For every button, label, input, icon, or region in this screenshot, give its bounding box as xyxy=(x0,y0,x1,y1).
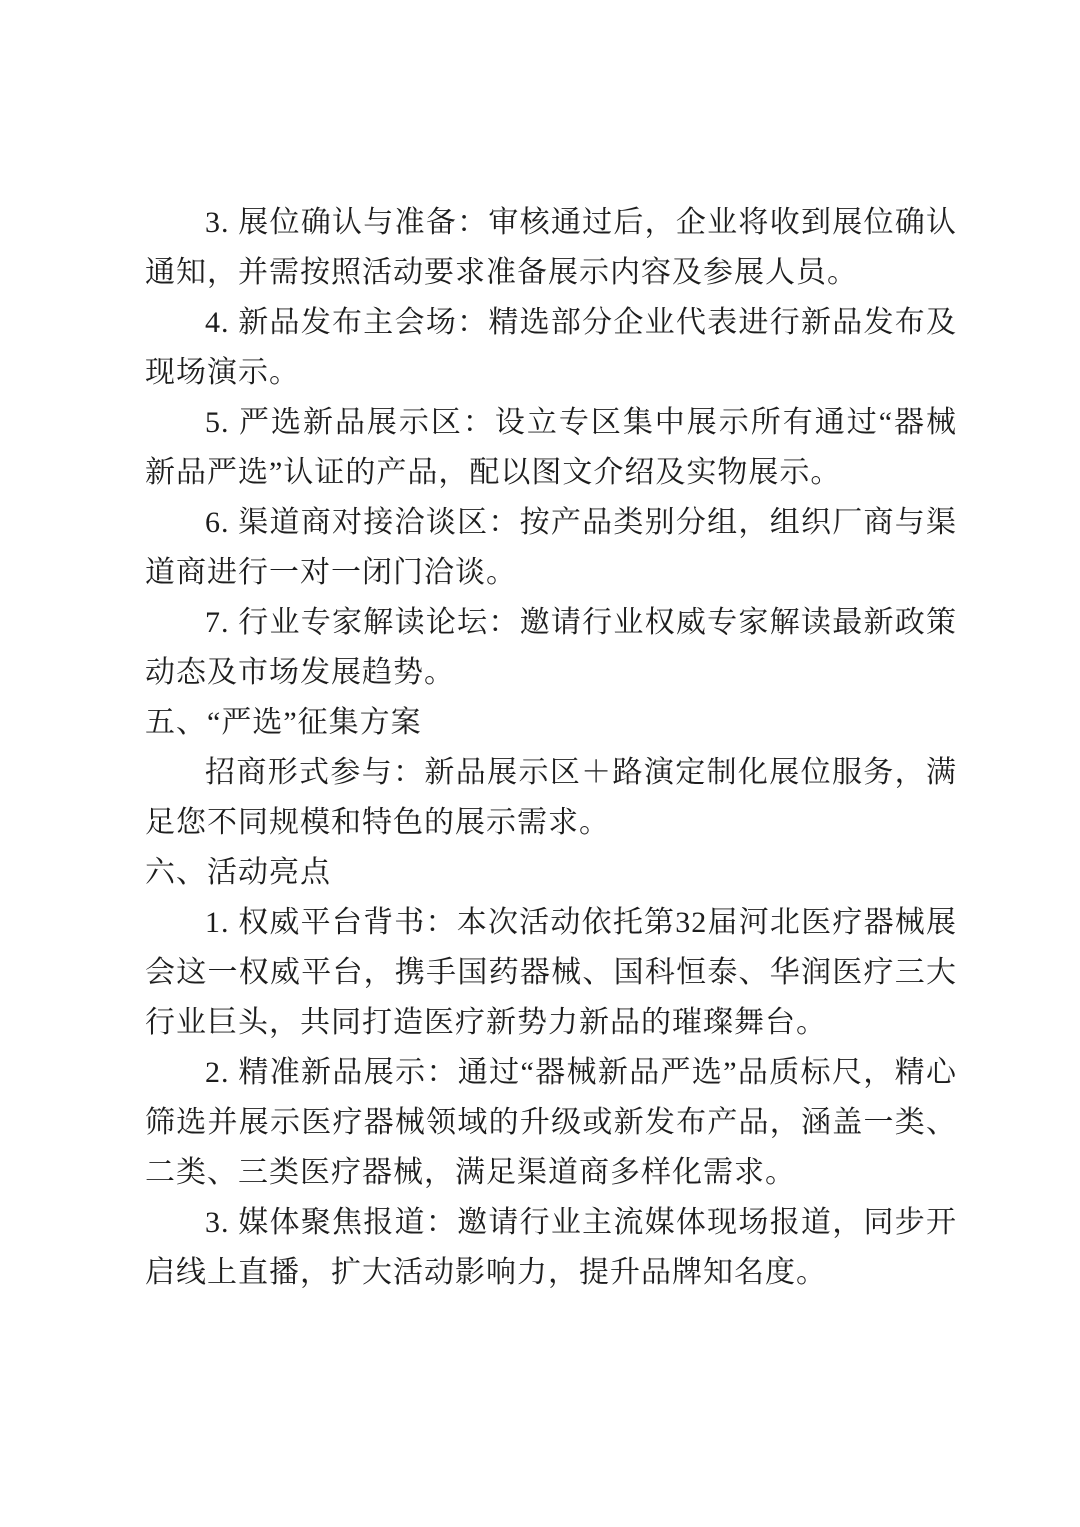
paragraph: 6. 渠道商对接洽谈区：按产品类别分组，组织厂商与渠道商进行一对一闭门洽谈。 xyxy=(145,498,957,598)
paragraph: 2. 精准新品展示：通过“器械新品严选”品质标尺，精心筛选并展示医疗器械领域的升… xyxy=(145,1048,957,1198)
section-heading: 五、“严选”征集方案 xyxy=(145,698,957,748)
document-body: 3. 展位确认与准备：审核通过后，企业将收到展位确认通知，并需按照活动要求准备展… xyxy=(145,198,957,1298)
paragraph: 招商形式参与：新品展示区＋路演定制化展位服务，满足您不同规模和特色的展示需求。 xyxy=(145,748,957,848)
paragraph: 3. 展位确认与准备：审核通过后，企业将收到展位确认通知，并需按照活动要求准备展… xyxy=(145,198,957,298)
paragraph: 1. 权威平台背书：本次活动依托第32届河北医疗器械展会这一权威平台，携手国药器… xyxy=(145,898,957,1048)
paragraph: 5. 严选新品展示区：设立专区集中展示所有通过“器械新品严选”认证的产品，配以图… xyxy=(145,398,957,498)
document-page: 3. 展位确认与准备：审核通过后，企业将收到展位确认通知，并需按照活动要求准备展… xyxy=(0,0,1080,1527)
section-heading: 六、活动亮点 xyxy=(145,848,957,898)
paragraph: 7. 行业专家解读论坛：邀请行业权威专家解读最新政策动态及市场发展趋势。 xyxy=(145,598,957,698)
paragraph: 3. 媒体聚焦报道：邀请行业主流媒体现场报道，同步开启线上直播，扩大活动影响力，… xyxy=(145,1198,957,1298)
paragraph: 4. 新品发布主会场：精选部分企业代表进行新品发布及现场演示。 xyxy=(145,298,957,398)
